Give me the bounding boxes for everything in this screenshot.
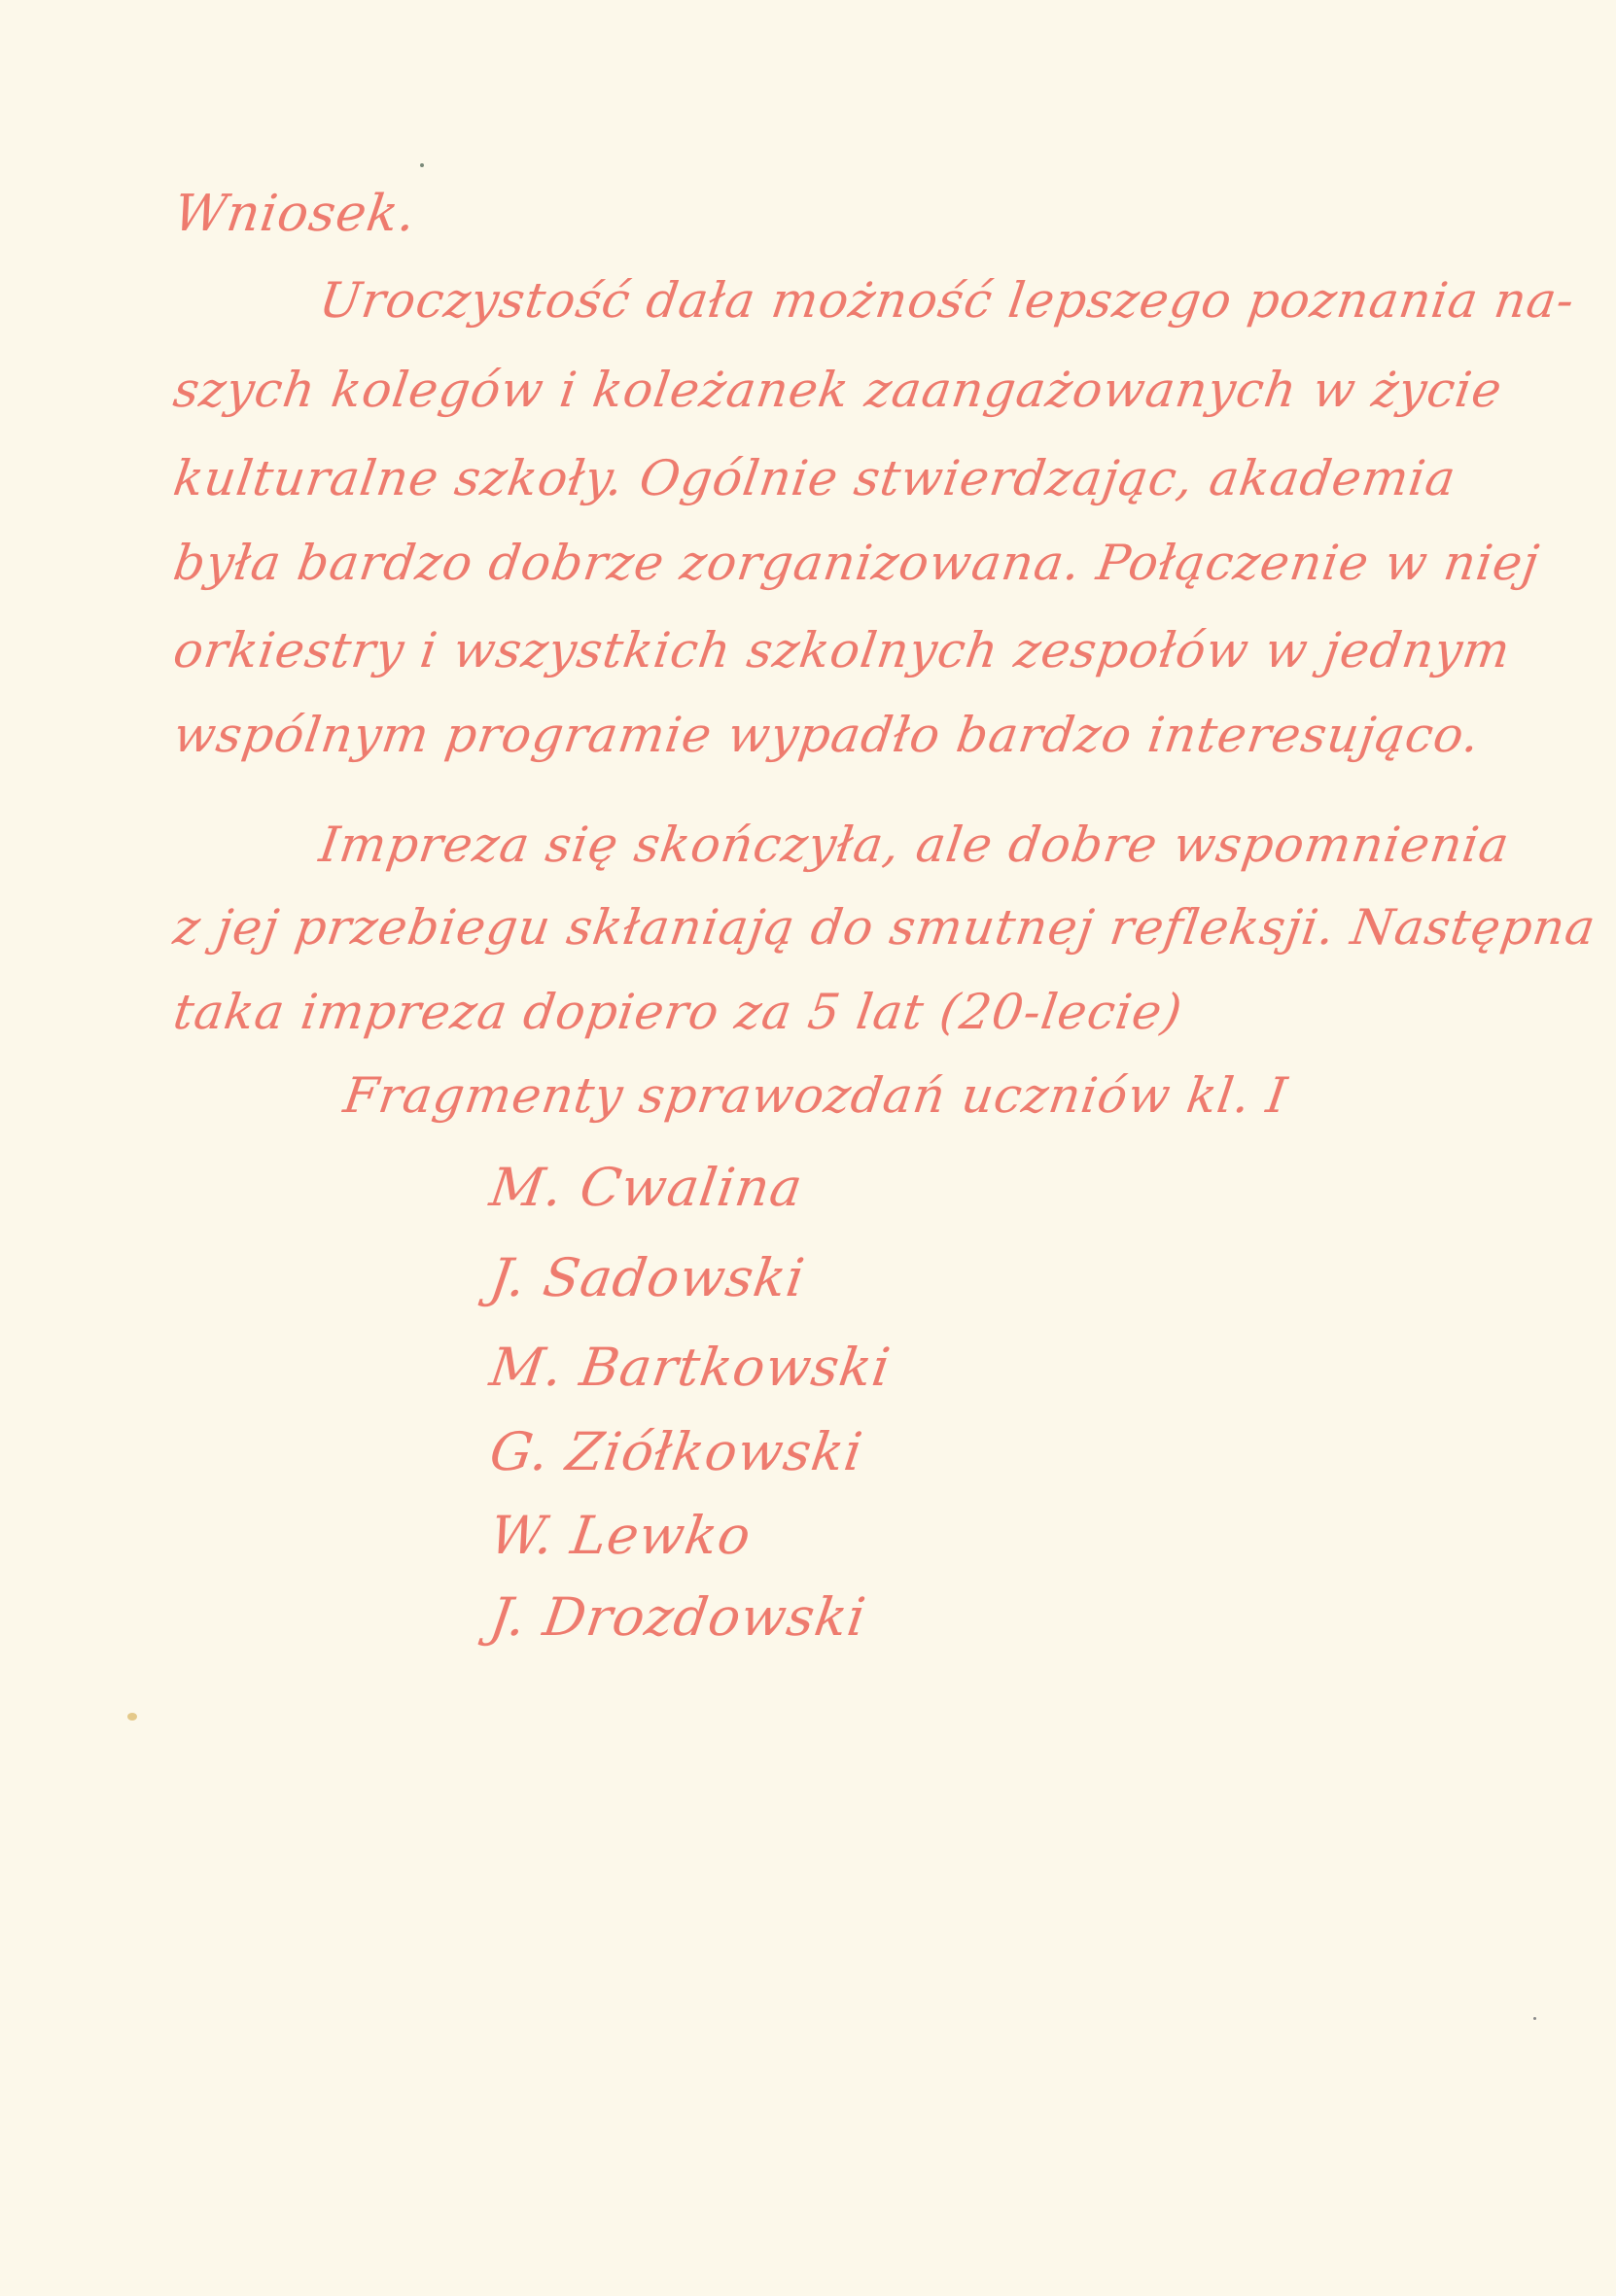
heading: Wniosek. bbox=[170, 185, 420, 243]
signatory-6: J. Drozdowski bbox=[486, 1586, 870, 1648]
signatory-4: G. Ziółkowski bbox=[486, 1421, 866, 1482]
attribution-line: Fragmenty sprawozdań uczniów kl. I bbox=[340, 1067, 1291, 1124]
handwritten-page: Wniosek. Uroczystość dała możność lepsze… bbox=[0, 0, 1616, 2296]
paragraph2-line-1: Impreza się skończyła, ale dobre wspomni… bbox=[316, 817, 1513, 873]
paragraph1-line-5: orkiestry i wszystkich szkolnych zespołó… bbox=[170, 622, 1514, 678]
signatory-5: W. Lewko bbox=[486, 1505, 755, 1566]
paper-stain bbox=[127, 1713, 137, 1721]
paragraph1-line-2: szych kolegów i koleżanek zaangażowanych… bbox=[170, 362, 1506, 418]
paragraph1-line-6: wspólnym programie wypadło bardzo intere… bbox=[170, 707, 1484, 763]
paper-speck bbox=[420, 163, 424, 167]
paragraph1-line-3: kulturalne szkoły. Ogólnie stwierdzając,… bbox=[170, 450, 1459, 506]
paragraph1-line-1: Uroczystość dała możność lepszego poznan… bbox=[316, 272, 1578, 329]
signatory-2: J. Sadowski bbox=[486, 1247, 809, 1308]
signatory-3: M. Bartkowski bbox=[486, 1337, 895, 1398]
signatory-1: M. Cwalina bbox=[486, 1157, 807, 1218]
paragraph1-line-4: była bardzo dobrze zorganizowana. Połącz… bbox=[170, 535, 1543, 591]
paragraph2-line-3: taka impreza dopiero za 5 lat (20-lecie) bbox=[170, 984, 1186, 1040]
paragraph2-line-2: z jej przebiegu skłaniają do smutnej ref… bbox=[170, 899, 1599, 956]
paper-speck bbox=[1533, 2017, 1536, 2020]
